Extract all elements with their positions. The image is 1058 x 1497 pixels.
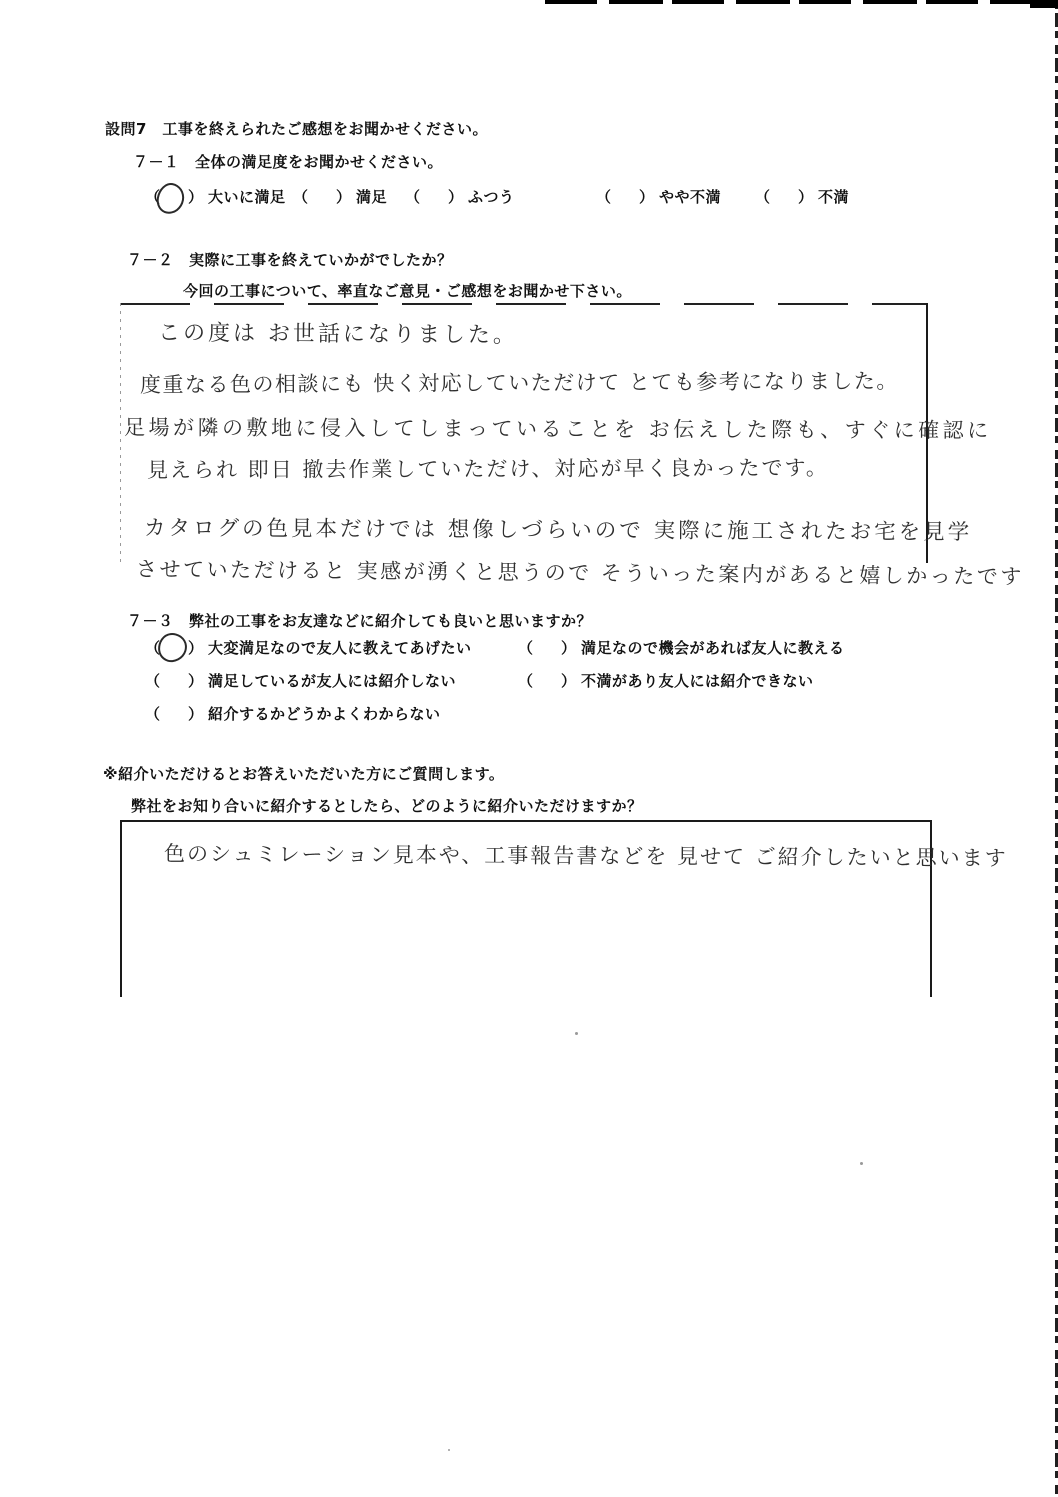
selection-mark-slot xyxy=(160,703,188,721)
referral-answer-box: 色のシュミレーション見本や、工事報告書などを 見せて ご紹介したいと思います xyxy=(120,820,932,997)
option-shoukai-dekinai: （ ） 不満があり友人には紹介できない xyxy=(518,670,814,691)
selection-mark-slot xyxy=(420,186,448,204)
referral-question: 弊社をお知り合いに紹介するとしたら、どのように紹介いただけますか？ xyxy=(131,795,643,816)
handwritten-line: カタログの色見本だけでは 想像しづらいので 実際に施工されたお宅を見学 xyxy=(144,511,972,546)
paren-close: ） xyxy=(188,637,203,658)
selection-mark-slot xyxy=(770,186,798,204)
q7-3-label: ７－３ 弊社の工事をお友達などに紹介しても良いと思いますか？ xyxy=(127,610,592,631)
scan-speck xyxy=(575,1032,578,1035)
paren-open: （ xyxy=(596,186,611,207)
paren-close: ） xyxy=(188,186,203,207)
option-yaya-fuman: （ ） やや不満 xyxy=(596,186,721,207)
option-manzoku: （ ） 満足 xyxy=(293,186,387,207)
option-label: 不満があり友人には紹介できない xyxy=(581,670,814,691)
handwritten-line: 度重なる色の相談にも 快く対応していただけて とても参考になりました。 xyxy=(140,365,899,399)
q7-3-options-row2: （ ） 満足しているが友人には紹介しない （ ） 不満があり友人には紹介できない xyxy=(0,670,1058,694)
scan-artifact-top-edge xyxy=(545,0,1058,4)
q7-heading: 設問7 工事を終えられたご感想をお聞かせください。 xyxy=(105,118,488,139)
answer-box-left-border xyxy=(120,303,121,563)
option-taihen-manzoku-oshieru: （ ） 大変満足なので友人に教えてあげたい xyxy=(145,637,472,658)
paren-open: （ xyxy=(755,186,770,207)
selection-mark-slot xyxy=(160,637,188,655)
q7-1-options-row: （ ） 大いに満足 （ ） 満足 （ ） ふつう （ ） やや不満 （ xyxy=(0,186,1058,210)
option-shoukai-shinai: （ ） 満足しているが友人には紹介しない xyxy=(145,670,456,691)
paren-close: ） xyxy=(188,670,203,691)
handwritten-line: 色のシュミレーション見本や、工事報告書などを 見せて ご紹介したいと思います xyxy=(164,838,1008,872)
scan-artifact-top-right-blotch xyxy=(1030,0,1058,8)
option-fuman: （ ） 不満 xyxy=(755,186,849,207)
option-yoku-wakaranai: （ ） 紹介するかどうかよくわからない xyxy=(145,703,441,724)
handwritten-circle-mark xyxy=(157,632,189,664)
selection-mark-slot xyxy=(533,670,561,688)
paren-open: （ xyxy=(518,637,533,658)
paren-open: （ xyxy=(518,670,533,691)
handwritten-line: 見えられ 即日 撤去作業していただけ、対応が早く良かったです。 xyxy=(147,452,829,484)
scan-speck xyxy=(860,1162,863,1165)
option-label: 満足しているが友人には紹介しない xyxy=(208,670,456,691)
paren-close: ） xyxy=(561,637,576,658)
paren-close: ） xyxy=(448,186,463,207)
q7-2-sublabel: 今回の工事について、率直なご意見・ご感想をお聞かせ下さい。 xyxy=(183,280,632,301)
option-label: 満足 xyxy=(356,186,387,207)
paren-close: ） xyxy=(798,186,813,207)
option-label: ふつう xyxy=(468,186,515,207)
selection-mark-slot xyxy=(533,637,561,655)
q7-2-label: ７－２ 実際に工事を終えていかがでしたか？ xyxy=(127,249,453,270)
option-kikai-areba-oshieru: （ ） 満足なので機会があれば友人に教える xyxy=(518,637,845,658)
referral-note: ※紹介いただけるとお答えいただいた方にご質問します。 xyxy=(103,763,504,784)
option-label: 大いに満足 xyxy=(208,186,286,207)
handwritten-line: させていただけると 実感が湧くと思うので そういった案内があると嬉しかったです xyxy=(136,553,1024,591)
option-label: 紹介するかどうかよくわからない xyxy=(208,703,441,724)
option-label: 満足なので機会があれば友人に教える xyxy=(581,637,845,658)
option-label: やや不満 xyxy=(659,186,721,207)
paren-close: ） xyxy=(336,186,351,207)
answer-box-top-border xyxy=(120,303,926,305)
paren-open: （ xyxy=(293,186,308,207)
paren-open: （ xyxy=(145,670,160,691)
handwritten-line: この度は お世話になりました。 xyxy=(158,316,518,350)
paren-close: ） xyxy=(639,186,654,207)
q7-3-options-row3: （ ） 紹介するかどうかよくわからない xyxy=(0,703,1058,727)
selection-mark-slot xyxy=(611,186,639,204)
option-futsuu: （ ） ふつう xyxy=(405,186,515,207)
selection-mark-slot xyxy=(160,186,188,204)
q7-2-answer-box: この度は お世話になりました。 度重なる色の相談にも 快く対応していただけて と… xyxy=(120,303,928,563)
selection-mark-slot xyxy=(308,186,336,204)
option-label: 大変満足なので友人に教えてあげたい xyxy=(208,637,472,658)
option-oini-manzoku: （ ） 大いに満足 xyxy=(145,186,286,207)
scanned-survey-page: 設問7 工事を終えられたご感想をお聞かせください。 ７－１ 全体の満足度をお聞か… xyxy=(0,0,1058,1497)
scan-speck xyxy=(448,1449,450,1451)
selection-mark-slot xyxy=(160,670,188,688)
option-label: 不満 xyxy=(818,186,849,207)
q7-1-label: ７－１ 全体の満足度をお聞かせください。 xyxy=(133,151,443,172)
handwritten-line: 足場が隣の敷地に侵入してしまっていることを お伝えした際も、すぐに確認に xyxy=(124,411,992,444)
paren-open: （ xyxy=(145,703,160,724)
paren-close: ） xyxy=(188,703,203,724)
paren-open: （ xyxy=(405,186,420,207)
q7-3-options-row1: （ ） 大変満足なので友人に教えてあげたい （ ） 満足なので機会があれば友人に… xyxy=(0,637,1058,661)
paren-close: ） xyxy=(561,670,576,691)
handwritten-circle-mark xyxy=(155,181,187,216)
